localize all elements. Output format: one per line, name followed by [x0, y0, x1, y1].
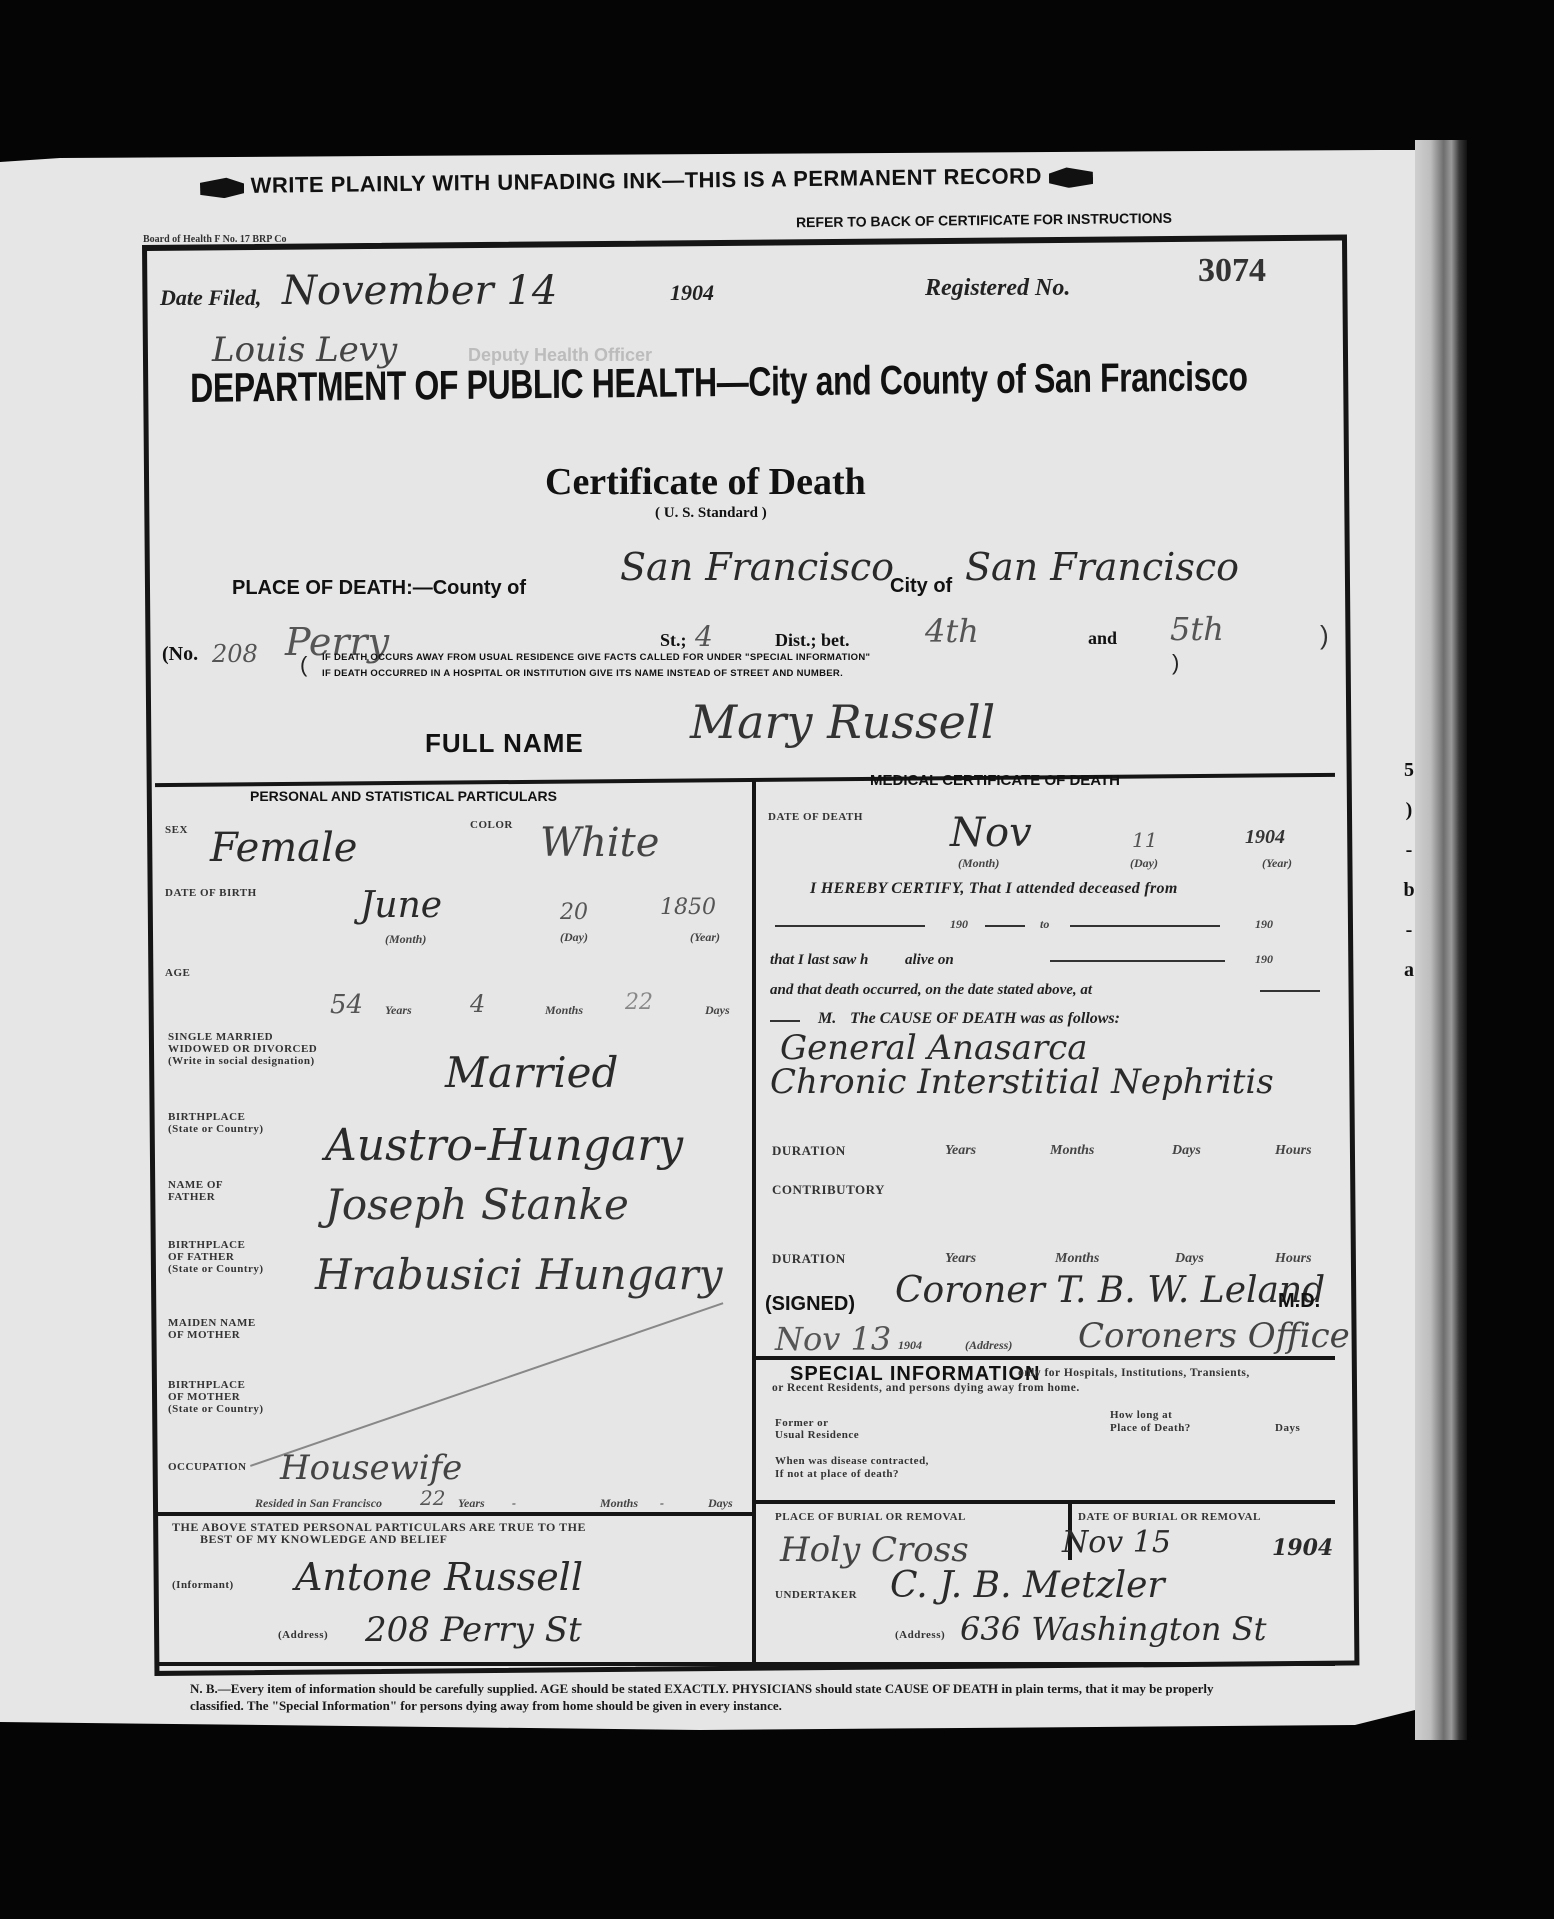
- edge-mark: -: [1402, 830, 1416, 870]
- former-residence-label-2: Usual Residence: [775, 1430, 859, 1441]
- former-residence-label-1: Former or: [775, 1418, 828, 1429]
- burial-place: Holy Cross: [780, 1530, 969, 1570]
- edge-mark: b: [1402, 870, 1416, 910]
- street-number-value: 208: [212, 640, 258, 668]
- age-years-label: Years: [385, 1003, 412, 1018]
- undertaker-address: 636 Washington St: [960, 1610, 1266, 1648]
- dob-label: DATE OF BIRTH: [165, 888, 257, 899]
- father-label-2: FATHER: [168, 1192, 215, 1203]
- marital-label-2: WIDOWED OR DIVORCED: [168, 1044, 317, 1055]
- burial-place-label: PLACE OF BURIAL OR REMOVAL: [775, 1512, 966, 1523]
- dod-year: 1904: [1245, 826, 1285, 849]
- duration-days: Days: [1172, 1143, 1201, 1159]
- certificate-subtitle: ( U. S. Standard ): [655, 505, 767, 522]
- duration-months-2: Months: [1055, 1251, 1099, 1267]
- sex-label: SEX: [165, 825, 188, 836]
- cause-label: The CAUSE OF DEATH was as follows:: [850, 1010, 1120, 1028]
- contributory-label: CONTRIBUTORY: [772, 1184, 885, 1195]
- certify-text: I HEREBY CERTIFY, That I attended deceas…: [810, 880, 1178, 898]
- to-year: 190: [1255, 917, 1273, 932]
- undertaker-address-label: (Address): [895, 1630, 945, 1641]
- from-year: 190: [950, 917, 968, 932]
- contracted-label-2: If not at place of death?: [775, 1469, 899, 1480]
- duration-label-2: DURATION: [772, 1253, 846, 1264]
- personal-heading: PERSONAL AND STATISTICAL PARTICULARS: [250, 788, 557, 804]
- registered-number: 3074: [1198, 252, 1266, 290]
- signed-by: Coroner T. B. W. Leland: [895, 1270, 1325, 1311]
- m-label: M.: [818, 1010, 836, 1028]
- last-saw-text: that I last saw h: [770, 952, 868, 969]
- signed-date: Nov 13: [775, 1320, 891, 1358]
- informant-label: (Informant): [172, 1580, 234, 1591]
- place-county-value: San Francisco: [620, 545, 894, 589]
- close-paren: ): [1320, 620, 1329, 651]
- certificate-title: Certificate of Death: [545, 460, 866, 504]
- resided-years-label: Years: [458, 1496, 485, 1511]
- occurred-text: and that death occurred, on the date sta…: [770, 982, 1092, 999]
- informant-statement-2: BEST OF MY KNOWLEDGE AND BELIEF: [200, 1534, 447, 1545]
- pointing-hand-icon: [200, 175, 244, 200]
- edge-mark: a: [1402, 950, 1416, 990]
- resided-years: 22: [420, 1486, 445, 1510]
- informant-address: 208 Perry St: [365, 1610, 582, 1650]
- blank-line: [770, 1020, 800, 1022]
- edge-mark: 5: [1402, 750, 1416, 790]
- alive-on-text: alive on: [905, 952, 954, 969]
- mother-label-2: OF MOTHER: [168, 1330, 240, 1341]
- marital-value: Married: [445, 1048, 618, 1097]
- father-name-value: Joseph Stanke: [325, 1180, 629, 1229]
- city-label: City of: [890, 575, 952, 598]
- registered-label: Registered No.: [925, 275, 1070, 302]
- divider: [155, 1512, 753, 1516]
- resided-months: -: [512, 1496, 516, 1511]
- dist-between-label: Dist.; bet.: [775, 630, 850, 651]
- duration-hours-2: Hours: [1275, 1251, 1312, 1267]
- dob-year: 1850: [660, 895, 716, 920]
- between-street-2: 5th: [1170, 610, 1224, 648]
- age-label: AGE: [165, 968, 190, 979]
- and-label: and: [1088, 628, 1117, 649]
- father-label-1: NAME OF: [168, 1180, 223, 1191]
- occupation-label: OCCUPATION: [168, 1462, 247, 1473]
- birthplace-label-1: BIRTHPLACE: [168, 1112, 245, 1123]
- burial-date: Nov 15: [1062, 1525, 1171, 1560]
- divider: [755, 1500, 1335, 1504]
- father-bp-label-2: OF FATHER: [168, 1252, 234, 1263]
- dod-day-label: (Day): [1130, 856, 1158, 871]
- signed-address-label: (Address): [965, 1338, 1012, 1353]
- street-no-label: (No.: [162, 643, 198, 666]
- place-note-1: IF DEATH OCCURS AWAY FROM USUAL RESIDENC…: [322, 652, 870, 663]
- signed-address: Coroners Office: [1078, 1316, 1350, 1356]
- mother-label-1: MAIDEN NAME: [168, 1318, 256, 1329]
- dod-month-label: (Month): [958, 856, 999, 871]
- note-close-paren: ): [1172, 650, 1179, 676]
- last-saw-year: 190: [1255, 952, 1273, 967]
- duration-days-2: Days: [1175, 1251, 1204, 1267]
- burial-date-label: DATE of BURIAL or REMOVAL: [1078, 1512, 1261, 1523]
- divider: [155, 1662, 1335, 1666]
- father-bp-label-1: BIRTHPLACE: [168, 1240, 245, 1251]
- duration-hours: Hours: [1275, 1143, 1312, 1159]
- date-filed-year: 1904: [670, 280, 714, 306]
- blank-line: [1260, 990, 1320, 992]
- signed-year: 1904: [898, 1338, 922, 1353]
- dob-day-label: (Day): [560, 930, 588, 945]
- st-value: 4: [695, 620, 713, 653]
- duration-label: DURATION: [772, 1145, 846, 1156]
- cause-of-death-2: Chronic Interstitial Nephritis: [770, 1062, 1274, 1102]
- medical-heading: MEDICAL CERTIFICATE OF DEATH: [870, 772, 1120, 789]
- divider: [755, 1356, 1335, 1360]
- to-label: to: [1040, 917, 1049, 932]
- duration-months: Months: [1050, 1143, 1094, 1159]
- contracted-label-1: When was disease contracted,: [775, 1456, 929, 1467]
- duration-years: Years: [945, 1143, 976, 1159]
- edge-mark: -: [1402, 910, 1416, 950]
- age-months-label: Months: [545, 1003, 583, 1018]
- marital-label-3: (Write in social designation): [168, 1056, 315, 1067]
- place-city-value: San Francisco: [965, 545, 1239, 589]
- resided-months-label: Months: [600, 1496, 638, 1511]
- place-note-2: IF DEATH OCCURRED IN A HOSPITAL OR INSTI…: [322, 668, 843, 679]
- full-name-value: Mary Russell: [690, 695, 995, 749]
- undertaker-name: C. J. B. Metzler: [890, 1565, 1165, 1606]
- place-of-death-label: PLACE OF DEATH:—County of: [232, 577, 526, 600]
- marital-label-1: SINGLE MARRIED: [168, 1032, 273, 1043]
- mother-bp-label-2: OF MOTHER: [168, 1392, 240, 1403]
- blank-line: [1070, 925, 1220, 927]
- blank-line: [985, 925, 1025, 927]
- dod-year-label: (Year): [1262, 856, 1292, 871]
- mother-bp-label-3: (State or Country): [168, 1404, 264, 1415]
- duration-years-2: Years: [945, 1251, 976, 1267]
- date-filed-label: Date Filed,: [160, 285, 261, 311]
- age-days-label: Days: [705, 1003, 730, 1018]
- special-info-note-2: or Recent Residents, and persons dying a…: [772, 1383, 1080, 1394]
- edge-mark: ): [1402, 790, 1416, 830]
- blank-line: [775, 925, 925, 927]
- birthplace-value: Austro-Hungary: [325, 1120, 683, 1171]
- age-days: 22: [625, 990, 653, 1015]
- how-long-label-2: Place of Death?: [1110, 1423, 1191, 1434]
- dod-label: DATE OF DEATH: [768, 812, 863, 823]
- page-edge-marks: 5 ) - b - a: [1402, 750, 1416, 990]
- mother-bp-label-1: BIRTHPLACE: [168, 1380, 245, 1391]
- md-label: M.D.: [1278, 1290, 1320, 1313]
- father-birthplace-value: Hrabusici Hungary: [315, 1250, 722, 1299]
- occupation-value: Housewife: [280, 1448, 462, 1488]
- father-bp-label-3: (State or Country): [168, 1264, 264, 1275]
- dob-month-label: (Month): [385, 932, 426, 947]
- resided-days-label: Days: [708, 1496, 733, 1511]
- dob-year-label: (Year): [690, 930, 720, 945]
- dob-day: 20: [560, 900, 588, 925]
- birthplace-label-2: (State or Country): [168, 1124, 264, 1135]
- full-name-label: FULL NAME: [425, 728, 584, 759]
- color-label: COLOR: [470, 820, 513, 831]
- note-open-paren: (: [300, 652, 307, 678]
- dob-month: June: [360, 885, 442, 926]
- color-value: White: [540, 820, 659, 866]
- blank-line: [1050, 960, 1225, 962]
- between-street-1: 4th: [925, 612, 979, 650]
- nb-instructions: N. B.—Every item of information should b…: [190, 1680, 1270, 1714]
- date-filed-value: November 14: [282, 268, 557, 314]
- sex-value: Female: [210, 825, 357, 871]
- pointing-hand-icon: [1048, 165, 1092, 190]
- special-info-note: only for Hospitals, Institutions, Transi…: [1018, 1368, 1250, 1379]
- burial-year: 1904: [1272, 1535, 1333, 1561]
- undertaker-label: UNDERTAKER: [775, 1590, 857, 1601]
- how-long-label-1: How long at: [1110, 1410, 1172, 1421]
- resided-days: -: [660, 1496, 664, 1511]
- column-divider: [752, 780, 756, 1670]
- age-months: 4: [470, 990, 485, 1018]
- resided-label: Resided in San Francisco: [255, 1496, 382, 1511]
- st-label: St.;: [660, 630, 687, 651]
- dod-month: Nov: [950, 810, 1032, 856]
- how-long-days: Days: [1275, 1423, 1300, 1434]
- age-years: 54: [330, 990, 363, 1020]
- book-binding-edge: [1415, 140, 1467, 1740]
- informant-name: Antone Russell: [295, 1555, 583, 1599]
- informant-address-label: (Address): [278, 1630, 328, 1641]
- dod-day: 11: [1132, 828, 1157, 852]
- signed-label: (SIGNED): [765, 1293, 855, 1316]
